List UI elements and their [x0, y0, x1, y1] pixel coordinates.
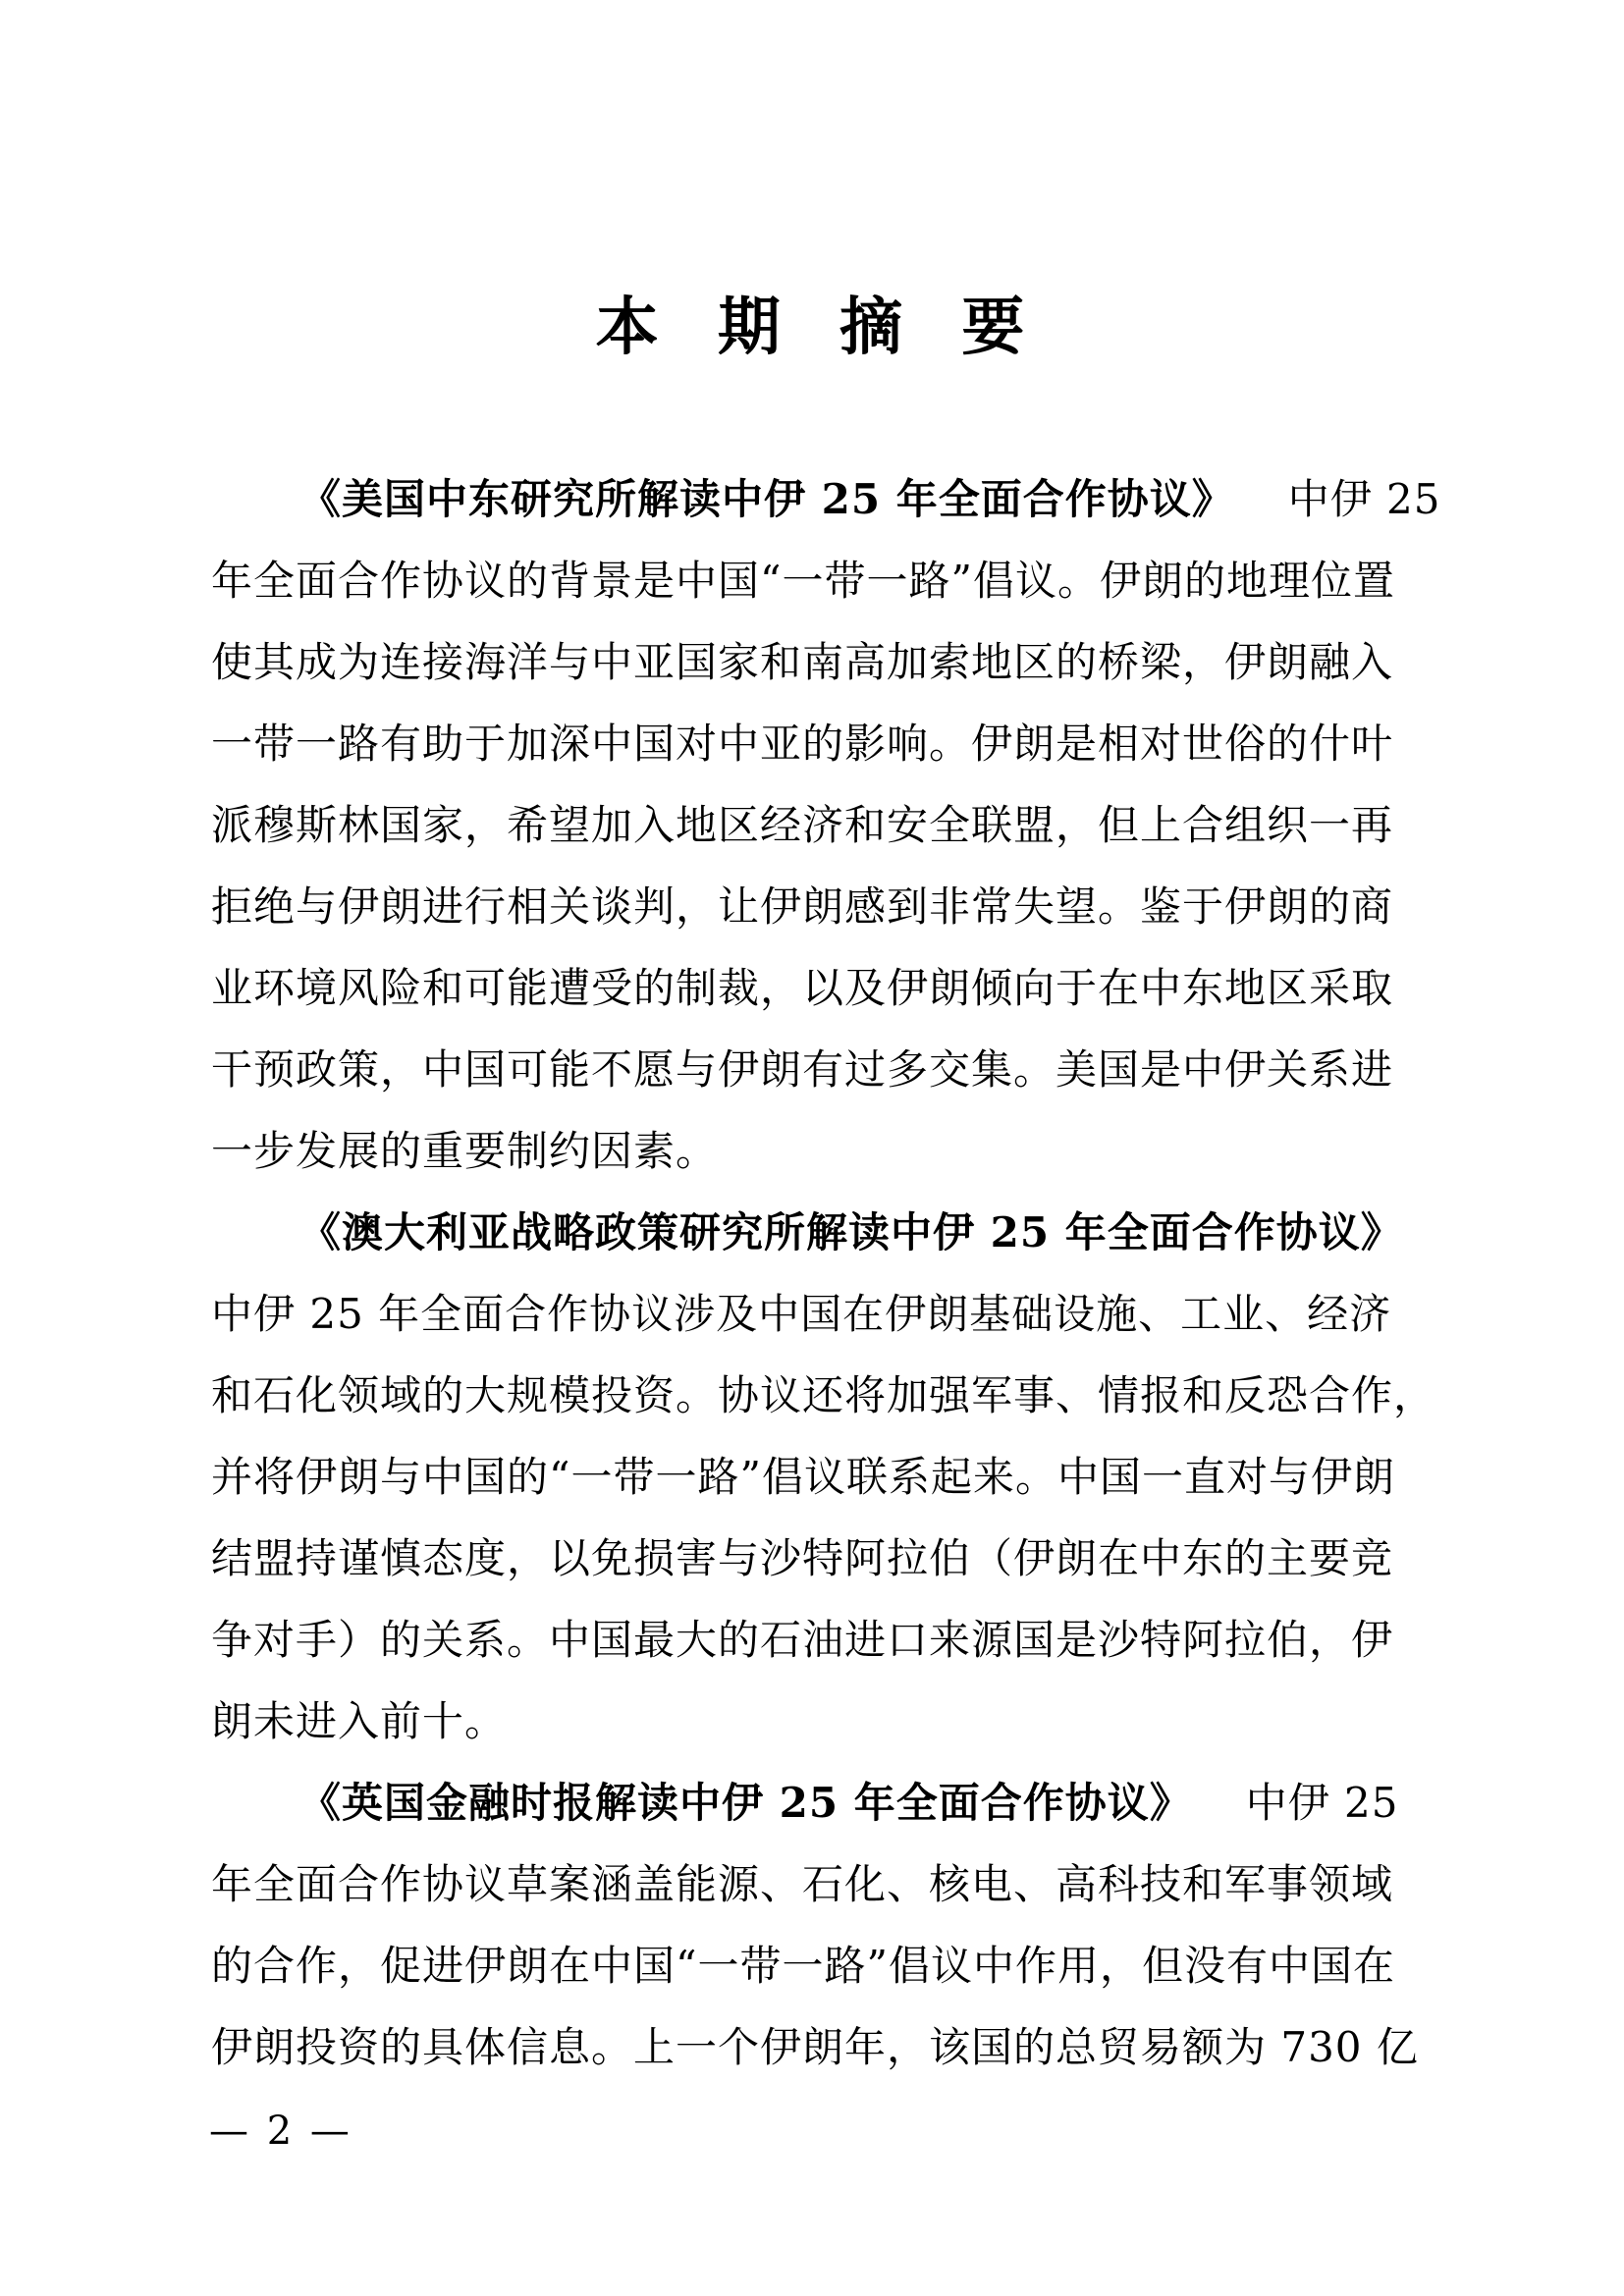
body-line: 干预政策，中国可能不愿与伊朗有过多交集。美国是中伊关系进 [211, 1029, 1421, 1110]
page-number: — 2 — [209, 2107, 352, 2156]
body-line: 结盟持谨慎态度，以免损害与沙特阿拉伯（伊朗在中东的主要竞 [211, 1518, 1421, 1599]
page-title: 本 期 摘 要 [0, 293, 1624, 363]
document-page: 本 期 摘 要 《美国中东研究所解读中伊 25 年全面合作协议》中伊 25年全面… [0, 0, 1624, 2296]
entry-heading-tail: 中伊 25 [1288, 475, 1441, 523]
body-line: 年全面合作协议草案涵盖能源、石化、核电、高科技和军事领域 [211, 1843, 1421, 1925]
paragraph-first-line: 《美国中东研究所解读中伊 25 年全面合作协议》中伊 25 [211, 458, 1421, 540]
body-line: 并将伊朗与中国的“一带一路”倡议联系起来。中国一直对与伊朗 [211, 1436, 1421, 1518]
body-line: 年全面合作协议的背景是中国“一带一路”倡议。伊朗的地理位置 [211, 540, 1421, 621]
paragraph-first-line: 《英国金融时报解读中伊 25 年全面合作协议》中伊 25 [211, 1762, 1421, 1843]
body-line: 一步发展的重要制约因素。 [211, 1110, 1421, 1192]
body-line: 使其成为连接海洋与中亚国家和南高加索地区的桥梁，伊朗融入 [211, 621, 1421, 703]
body-line: 争对手）的关系。中国最大的石油进口来源国是沙特阿拉伯，伊 [211, 1599, 1421, 1681]
entry-heading: 《美国中东研究所解读中伊 25 年全面合作协议》 [299, 475, 1234, 523]
body-line: 中伊 25 年全面合作协议涉及中国在伊朗基础设施、工业、经济 [211, 1273, 1421, 1355]
body-line: 拒绝与伊朗进行相关谈判，让伊朗感到非常失望。鉴于伊朗的商 [211, 866, 1421, 947]
body-line: 的合作，促进伊朗在中国“一带一路”倡议中作用，但没有中国在 [211, 1925, 1421, 2006]
body-line: 业环境风险和可能遭受的制裁，以及伊朗倾向于在中东地区采取 [211, 947, 1421, 1029]
entry-heading: 《澳大利亚战略政策研究所解读中伊 25 年全面合作协议》 [299, 1208, 1403, 1256]
entry-heading: 《英国金融时报解读中伊 25 年全面合作协议》 [299, 1779, 1192, 1827]
body-line: 朗未进入前十。 [211, 1681, 1421, 1762]
body-line: 派穆斯林国家，希望加入地区经济和安全联盟，但上合组织一再 [211, 784, 1421, 866]
paragraph-first-line: 《澳大利亚战略政策研究所解读中伊 25 年全面合作协议》 [211, 1192, 1421, 1273]
entry-heading-tail: 中伊 25 [1246, 1779, 1399, 1827]
body-line: 伊朗投资的具体信息。上一个伊朗年，该国的总贸易额为 730 亿 [211, 2006, 1421, 2088]
body-line: 和石化领域的大规模投资。协议还将加强军事、情报和反恐合作， [211, 1355, 1421, 1436]
body-line: 一带一路有助于加深中国对中亚的影响。伊朗是相对世俗的什叶 [211, 703, 1421, 784]
summary-body: 《美国中东研究所解读中伊 25 年全面合作协议》中伊 25年全面合作协议的背景是… [211, 458, 1421, 2088]
